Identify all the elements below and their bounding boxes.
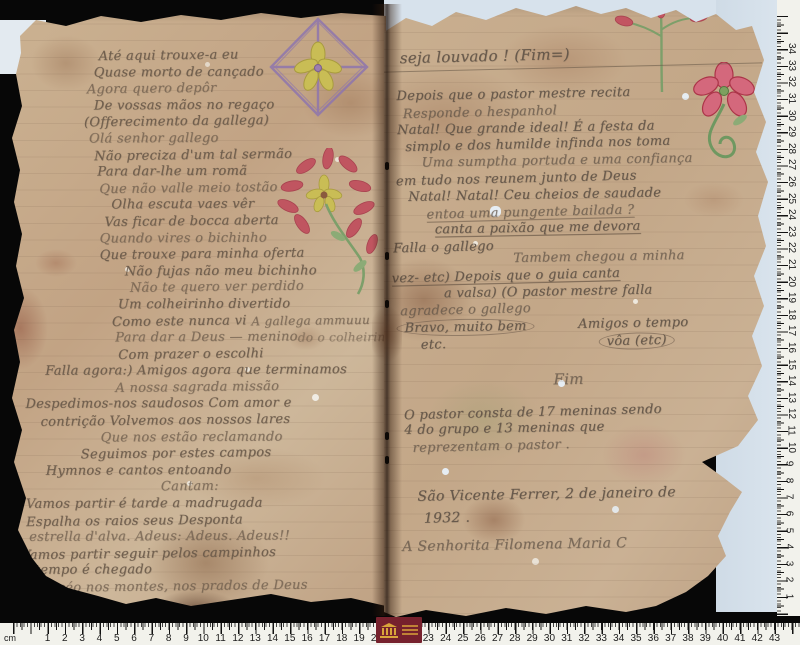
ruler-number: 35 (630, 633, 641, 644)
handwritten-text: Não preciza d'um tal sermão (94, 146, 292, 165)
ruler-number: 27 (786, 159, 797, 170)
handwritten-text: Agora quero depôr (87, 81, 217, 99)
ruler-number: 21 (786, 259, 797, 270)
ruler-number: 24 (786, 209, 797, 220)
ruler-number: 9 (183, 633, 189, 644)
ruler-number: 5 (114, 633, 120, 644)
ruler-number: 13 (250, 633, 261, 644)
ruler-number: 2 (783, 577, 794, 583)
ruler-unit-label: cm (4, 633, 16, 643)
ruler-number: 32 (786, 76, 797, 87)
handwritten-text: O tempo é chegado (19, 563, 152, 580)
ruler-number: 25 (786, 193, 797, 204)
handwritten-text: A nossa sagrada missão (115, 379, 279, 398)
handwritten-text: etc. (421, 337, 447, 354)
handwritten-text: Que trouxe para minha oferta (100, 246, 305, 265)
building-icon (379, 623, 399, 638)
ruler-number: 16 (786, 342, 797, 353)
ruler-number: 8 (783, 478, 794, 484)
ruler-number: 39 (700, 633, 711, 644)
handwritten-text: Fim (553, 371, 584, 388)
ruler-number: 28 (786, 143, 797, 154)
ruler-number: 3 (79, 633, 85, 644)
paper-speck (6, 8, 9, 11)
handwritten-text: Como este nunca vi (112, 313, 247, 331)
ruler-number: 3 (783, 561, 794, 567)
ruler-number: 36 (648, 633, 659, 644)
ruler-number: 19 (354, 633, 365, 644)
left-page: Até aqui trouxe-a euQuase morto de cança… (6, 8, 386, 614)
handwritten-text: Até aqui trouxe-a eu (99, 47, 239, 65)
ruler-number: 9 (783, 461, 794, 467)
ruler-number: 30 (544, 633, 555, 644)
right-page-text: seja louvado ! (Fim=)Depois que o pastor… (380, 41, 771, 556)
ruler-number: 32 (579, 633, 590, 644)
ruler-number: 15 (284, 633, 295, 644)
handwritten-text: Seguimos por estes campos (81, 445, 272, 464)
handwritten-text: Vamos partir seguir pelos campinhos (21, 545, 276, 565)
handwritten-line: 1932 . (388, 502, 770, 528)
handwritten-line: Fim (385, 367, 767, 390)
handwritten-text: reprezentam o pastor . (412, 437, 570, 458)
handwritten-text: Hymnos e cantos entoando (46, 463, 232, 481)
ruler-number: 33 (596, 633, 607, 644)
handwritten-text: seja louvado ! (Fim=) (400, 44, 570, 68)
handwritten-note: vôa (etc) (598, 332, 674, 351)
handwritten-note: A gallega ammuuu (251, 311, 370, 329)
ruler-number: 20 (786, 276, 797, 287)
ruler-number: 2 (62, 633, 68, 644)
ruler-number: 27 (492, 633, 503, 644)
ruler-number: 38 (682, 633, 693, 644)
handwritten-text: Que não valle meio tostão (99, 180, 278, 199)
ruler-number: 31 (561, 633, 572, 644)
ruler-number: 28 (509, 633, 520, 644)
ruler-number: 23 (423, 633, 434, 644)
handwritten-line: A Senhorita Filomena Maria C (388, 532, 770, 555)
ruler-number: 4 (97, 633, 103, 644)
ruler-number: 11 (215, 633, 225, 644)
handwritten-text: Que nos estão reclamando (101, 429, 283, 447)
stamp-text-lines (402, 625, 418, 635)
ruler-number: 5 (783, 527, 794, 533)
handwritten-text: Responde o hespanhol (403, 103, 558, 124)
ruler-number: 14 (267, 633, 278, 644)
ruler-number: 22 (786, 242, 797, 253)
ruler-number: 37 (665, 633, 676, 644)
ruler-number: 11 (786, 425, 797, 435)
ruler-number: 24 (440, 633, 451, 644)
handwritten-text: A Senhorita Filomena Maria C (402, 535, 627, 556)
scanned-manuscript: Até aqui trouxe-a euQuase morto de cança… (0, 0, 800, 645)
ruler-number: 31 (786, 93, 797, 104)
ruler-number: 14 (786, 375, 797, 386)
ruler-number: 17 (786, 325, 797, 336)
handwritten-text: Bravo, muito bem (396, 318, 534, 337)
handwritten-text: Com prazer o escolhi (118, 346, 264, 364)
handwritten-text: Vas ficar de bocca aberta (104, 213, 278, 232)
ruler-number: 25 (457, 633, 468, 644)
ruler-number: 12 (786, 408, 797, 419)
handwritten-text: Um colheirinho divertido (118, 296, 291, 313)
ruler-number: 34 (786, 43, 797, 54)
handwritten-text: Nos céo nos montes, nos prados de Deus (26, 578, 307, 598)
ruler-number: 19 (786, 292, 797, 303)
ruler-number: 30 (786, 110, 797, 121)
vertical-ruler: 1234567891011121314151617181920212223242… (777, 0, 800, 616)
handwritten-text: Quando vires o bichinho (100, 230, 267, 247)
ruler-number: 26 (475, 633, 486, 644)
ruler-number: 18 (786, 309, 797, 320)
ruler-number: 1 (45, 633, 51, 644)
handwritten-text: Olá senhor gallego (89, 131, 219, 148)
ruler-number: 12 (232, 633, 243, 644)
ruler-number: 16 (302, 633, 313, 644)
ruler-number: 43 (769, 633, 780, 644)
ruler-number: 10 (198, 633, 209, 644)
ruler-number: 7 (149, 633, 155, 644)
handwritten-text: São Vicente Ferrer, 2 de janeiro de (417, 484, 676, 505)
ruler-number: 6 (131, 633, 137, 644)
ruler-number: 33 (786, 60, 797, 71)
handwritten-text: Para dar a Deus — menino (115, 330, 298, 348)
ruler-number: 4 (783, 544, 794, 550)
handwritten-text: Olha escuta vaes vêr (111, 197, 254, 214)
ruler-number: 23 (786, 226, 797, 237)
handwritten-line: seja louvado ! (Fim=) (380, 39, 762, 72)
ruler-number: 34 (613, 633, 624, 644)
ruler-number: 15 (786, 359, 797, 370)
ruler-number: 7 (783, 494, 794, 500)
ruler-number: 42 (752, 633, 763, 644)
handwritten-text: Despedimos-nos saudosos Com amor e (25, 396, 291, 414)
ruler-number: 26 (786, 176, 797, 187)
handwritten-text: De vossas mãos no regaço (94, 97, 275, 115)
handwritten-text: Para dar-lhe um romã (97, 164, 247, 181)
handwritten-text: 1932 . (424, 509, 471, 527)
ruler-number: 10 (786, 442, 797, 453)
ruler-number: 29 (527, 633, 538, 644)
ruler-number: 8 (166, 633, 172, 644)
handwritten-line: Nos céo nos montes, nos prados de Deus (7, 577, 387, 598)
handwritten-text: estrella d'alva. Adeus: Adeus. Adeus!! (29, 529, 290, 547)
handwritten-text: (Offerecimento da gallega) (84, 113, 269, 132)
ruler-number: 18 (336, 633, 347, 644)
handwritten-text: Vamos partir é tarde a madrugada (26, 496, 263, 514)
ruler-number: 41 (734, 633, 745, 644)
ruler-number: 17 (319, 633, 330, 644)
ruler-number: 1 (783, 594, 794, 600)
ruler-number: 6 (783, 511, 794, 517)
handwritten-text: Não te quero ver perdido (130, 279, 304, 298)
ruler-number: 29 (786, 126, 797, 137)
handwritten-text: Quase morto de cançado (94, 64, 264, 81)
left-page-text: Até aqui trouxe-a euQuase morto de cança… (5, 47, 388, 597)
handwritten-line: São Vicente Ferrer, 2 de janeiro de (387, 483, 769, 506)
ruler-number: 40 (717, 633, 728, 644)
ruler-number: 13 (786, 392, 797, 403)
handwritten-text: Cantam: (161, 479, 219, 496)
archive-stamp (376, 617, 422, 643)
